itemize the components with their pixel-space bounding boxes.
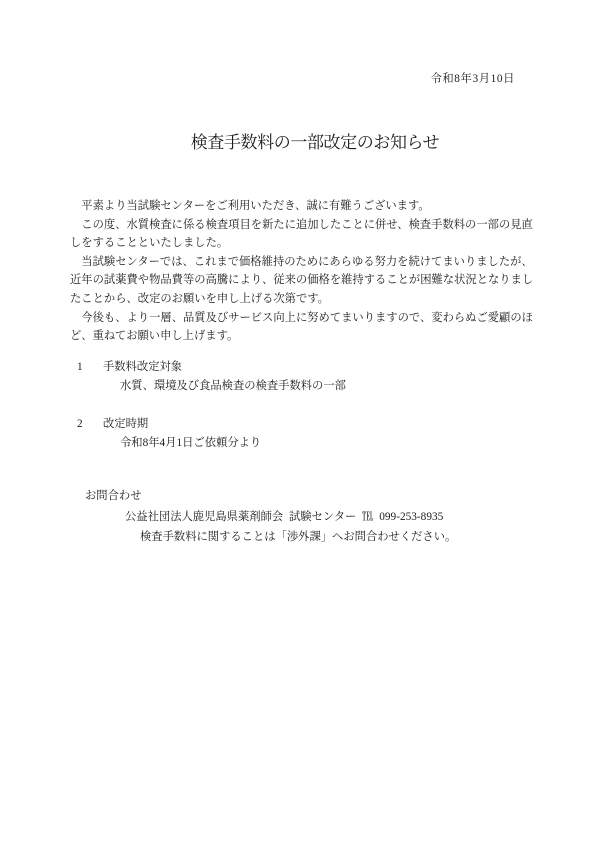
- contact-section: お問合わせ 公益社団法人鹿児島県薬剤師会 試験センター ℡ 099-253-89…: [70, 486, 550, 548]
- body-line: 今後も、より一層、品質及びサービス向上に努めてまいりますので、変わらぬご愛顧のほ: [70, 309, 550, 328]
- item-number: 2: [70, 415, 103, 434]
- contact-note: 検査手数料に関することは「渉外課」へお問合わせください。: [70, 527, 550, 548]
- body-line: たことから、改定のお願いを申し上げる次第です。: [70, 290, 550, 309]
- item-number: 1: [70, 358, 103, 377]
- body-paragraphs: 平素より当試験センターをご利用いただき、誠に有難うございます。 この度、水質検査…: [70, 197, 550, 346]
- numbered-items: 1手数料改定対象 水質、環境及び食品検査の検査手数料の一部 2改定時期 令和8年…: [70, 358, 550, 452]
- body-line: 平素より当試験センターをご利用いただき、誠に有難うございます。: [70, 197, 550, 216]
- document-date: 令和8年3月10日: [0, 72, 515, 87]
- contact-org-phone: 公益社団法人鹿児島県薬剤師会 試験センター ℡ 099-253-8935: [70, 507, 550, 528]
- page-title: 検査手数料の一部改定のお知らせ: [15, 131, 600, 155]
- item-detail: 水質、環境及び食品検査の検査手数料の一部: [70, 377, 550, 396]
- body-line: ど、重ねてお願い申し上げます。: [70, 327, 550, 346]
- item-heading-line: 2改定時期: [70, 415, 550, 434]
- item-detail: 令和8年4月1日ご依頼分より: [70, 434, 550, 453]
- item-heading: 手数料改定対象: [103, 361, 182, 373]
- body-line: 当試験センターでは、これまで価格維持のためにあらゆる努力を続けてまいりましたが、: [70, 253, 550, 272]
- item-heading-line: 1手数料改定対象: [70, 358, 550, 377]
- body-line: しをすることといたしました。: [70, 234, 550, 253]
- contact-heading: お問合わせ: [70, 486, 550, 507]
- document-page: 令和8年3月10日 検査手数料の一部改定のお知らせ 平素より当試験センターをご利…: [0, 0, 600, 848]
- body-line: 近年の試薬費や物品費等の高騰により、従来の価格を維持することが困難な状況となりま…: [70, 271, 550, 290]
- list-item: 1手数料改定対象 水質、環境及び食品検査の検査手数料の一部: [70, 358, 550, 395]
- list-item: 2改定時期 令和8年4月1日ご依頼分より: [70, 415, 550, 452]
- item-heading: 改定時期: [103, 418, 148, 430]
- body-line: この度、水質検査に係る検査項目を新たに追加したことに併せ、検査手数料の一部の見直: [70, 216, 550, 235]
